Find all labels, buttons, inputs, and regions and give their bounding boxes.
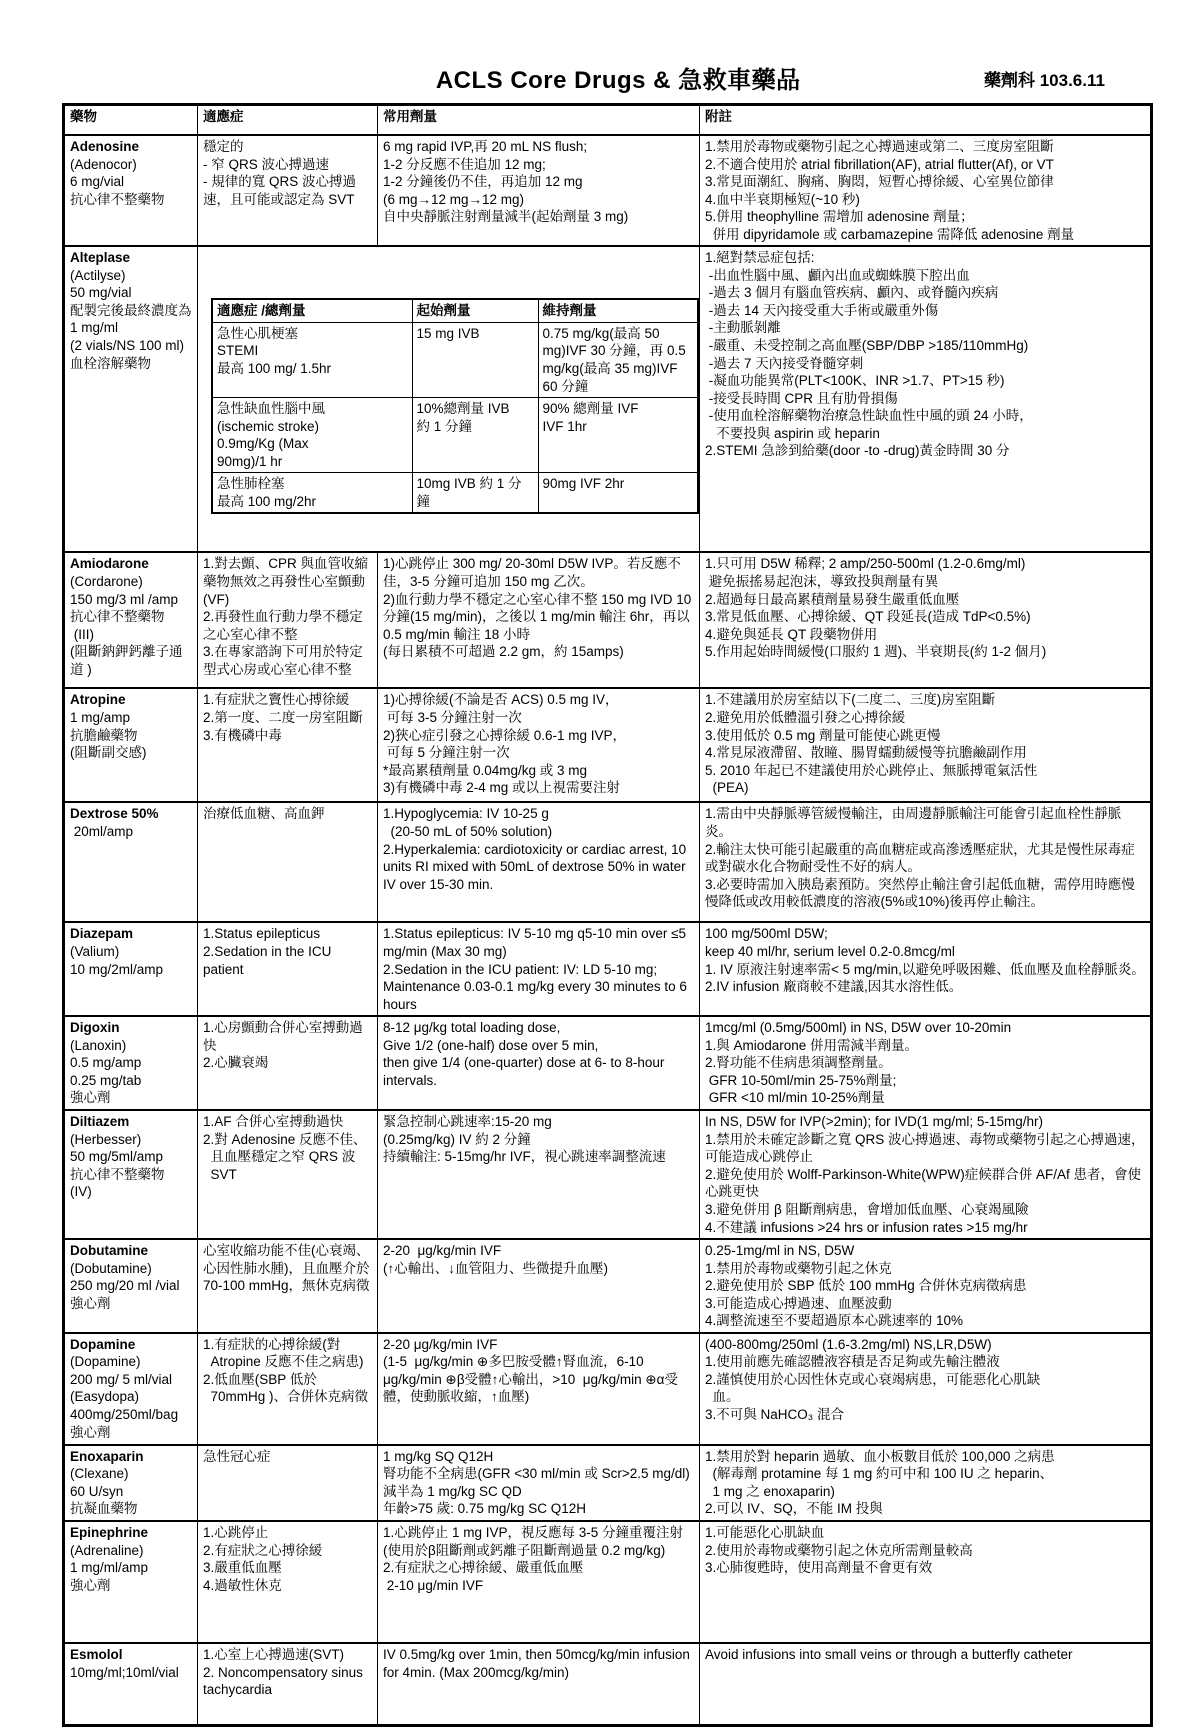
alteplase-sub-table: 適應症 /總劑量 起始劑量 維持劑量 急性心肌梗塞 STEMI 最高 100 m… [211,298,699,514]
drug-row-adenosine: Adenosine(Adenocor) 6 mg/vial 抗心律不整藥物 穩定… [64,135,1152,246]
indication-cell: 1.心房顫動合併心室搏動過快 2.心臟衰竭 [198,1016,378,1110]
drug-details: (Clexane) 60 U/syn 抗凝血藥物 [70,1465,192,1518]
drug-row-dopamine: Dopamine(Dopamine) 200 mg/ 5 ml/vial (Ea… [64,1333,1152,1445]
drug-cell: Dextrose 50% 20ml/amp [64,802,198,922]
drug-row-alteplase: Alteplase(Actilyse) 50 mg/vial 配製完後最終濃度為… [64,246,1152,552]
sub-cell: 10mg IVB 約 1 分鐘 [412,473,538,514]
drug-details: (Adrenaline) 1 mg/ml/amp 強心劑 [70,1542,192,1595]
sub-row-pe: 急性肺栓塞 最高 100 mg/2hr 10mg IVB 約 1 分鐘 90mg… [212,473,698,514]
drug-name: Epinephrine [70,1525,148,1540]
col-header-indication: 適應症 [198,105,378,136]
sub-cell: 急性缺血性腦中風 (ischemic stroke) 0.9mg/Kg (Max… [212,398,412,473]
indication-cell: 1.AF 合併心室搏動過快 2.對 Adenosine 反應不佳、 且血壓穩定之… [198,1110,378,1239]
drug-name: Dobutamine [70,1243,148,1258]
drug-cell: Adenosine(Adenocor) 6 mg/vial 抗心律不整藥物 [64,135,198,246]
drug-name: Digoxin [70,1020,120,1035]
dose-cell: 1 mg/kg SQ Q12H 腎功能不全病患(GFR <30 ml/min 或… [378,1445,700,1521]
drug-details: (Adenocor) 6 mg/vial 抗心律不整藥物 [70,156,192,209]
notes-cell: 1.禁用於對 heparin 過敏、血小板數目低於 100,000 之病患 (解… [700,1445,1152,1521]
drug-cell: Esmolol10mg/ml;10ml/vial [64,1643,198,1726]
indication-cell: 治療低血糖、高血鉀 [198,802,378,922]
dose-cell: 1.Status epilepticus: IV 5-10 mg q5-10 m… [378,922,700,1016]
sub-col-indication-total: 適應症 /總劑量 [212,299,412,322]
notes-cell: Avoid infusions into small veins or thro… [700,1643,1152,1726]
drug-name: Atropine [70,692,126,707]
indication-cell: 1.心室上心搏過速(SVT) 2. Noncompensatory sinus … [198,1643,378,1726]
drug-details: (Valium) 10 mg/2ml/amp [70,943,192,978]
drug-row-diltiazem: Diltiazem(Herbesser) 50 mg/5ml/amp 抗心律不整… [64,1110,1152,1239]
drug-details: 1 mg/amp 抗膽鹼藥物 (阻斷副交感) [70,709,192,762]
drug-details: (Actilyse) 50 mg/vial 配製完後最終濃度為 1 mg/ml … [70,267,192,372]
drug-details: (Dobutamine) 250 mg/20 ml /vial 強心劑 [70,1260,192,1313]
drug-row-diazepam: Diazepam(Valium) 10 mg/2ml/amp 1.Status … [64,922,1152,1016]
indication-cell: 1.對去顫、CPR 與血管收縮藥物無效之再發性心室顫動(VF) 2.再發性血行動… [198,552,378,688]
notes-cell: In NS, D5W for IVP(>2min); for IVD(1 mg/… [700,1110,1152,1239]
sub-cell: 90mg IVF 2hr [538,473,698,514]
notes-cell: 100 mg/500ml D5W; keep 40 ml/hr, serium … [700,922,1152,1016]
indication-cell: 1.有症狀的心搏徐緩(對 Atropine 反應不佳之病患) 2.低血壓(SBP… [198,1333,378,1445]
drug-name: Dopamine [70,1337,135,1352]
document-page: ACLS Core Drugs & 急救車藥品 藥劑科 103.6.11 藥物 … [0,0,1200,1696]
drug-cell: Alteplase(Actilyse) 50 mg/vial 配製完後最終濃度為… [64,246,198,552]
indication-cell: 1.心跳停止 2.有症狀之心搏徐緩 3.嚴重低血壓 4.過敏性休克 [198,1521,378,1643]
dose-cell: 1)心跳停止 300 mg/ 20-30ml D5W IVP。若反應不佳，3-5… [378,552,700,688]
drug-name: Amiodarone [70,556,149,571]
drug-row-epinephrine: Epinephrine(Adrenaline) 1 mg/ml/amp 強心劑 … [64,1521,1152,1643]
indication-cell: 急性冠心症 [198,1445,378,1521]
sub-header-row: 適應症 /總劑量 起始劑量 維持劑量 [212,299,698,322]
drug-name: Diltiazem [70,1114,129,1129]
drug-cell: Digoxin(Lanoxin) 0.5 mg/amp 0.25 mg/tab … [64,1016,198,1110]
dose-cell: 6 mg rapid IVP,再 20 mL NS flush; 1-2 分反應… [378,135,700,246]
dose-cell: 1)心搏徐緩(不論是否 ACS) 0.5 mg IV， 可每 3-5 分鐘注射一… [378,688,700,802]
drug-row-dextrose: Dextrose 50% 20ml/amp 治療低血糖、高血鉀 1.Hypogl… [64,802,1152,922]
drug-name: Alteplase [70,250,130,265]
drug-details: (Cordarone) 150 mg/3 ml /amp 抗心律不整藥物 (II… [70,573,192,678]
drug-row-enoxaparin: Enoxaparin(Clexane) 60 U/syn 抗凝血藥物 急性冠心症… [64,1445,1152,1521]
drug-cell: Dobutamine(Dobutamine) 250 mg/20 ml /via… [64,1239,198,1333]
drug-details: (Lanoxin) 0.5 mg/amp 0.25 mg/tab 強心劑 [70,1037,192,1107]
notes-cell: 1.不建議用於房室結以下(二度二、三度)房室阻斷 2.避免用於低體溫引發之心搏徐… [700,688,1152,802]
indication-cell: 1.有症狀之竇性心搏徐緩 2.第一度、二度一房室阻斷 3.有機磷中毒 [198,688,378,802]
notes-cell: 1mcg/ml (0.5mg/500ml) in NS, D5W over 10… [700,1016,1152,1110]
indication-cell: 穩定的 - 窄 QRS 波心搏過速 - 規律的寬 QRS 波心搏過速，且可能或認… [198,135,378,246]
dose-cell: 1.心跳停止 1 mg IVP，視反應每 3-5 分鐘重覆注射 (使用於β阻斷劑… [378,1521,700,1643]
drug-cell: Amiodarone(Cordarone) 150 mg/3 ml /amp 抗… [64,552,198,688]
drug-row-atropine: Atropine1 mg/amp 抗膽鹼藥物 (阻斷副交感) 1.有症狀之竇性心… [64,688,1152,802]
drug-details: 10mg/ml;10ml/vial [70,1664,192,1682]
dose-cell: IV 0.5mg/kg over 1min, then 50mcg/kg/min… [378,1643,700,1726]
sub-cell: 15 mg IVB [412,322,538,397]
drug-table: 藥物 適應症 常用劑量 附註 Adenosine(Adenocor) 6 mg/… [62,103,1153,1727]
col-header-drug: 藥物 [64,105,198,136]
indication-cell: 心室收縮功能不佳(心衰竭、心因性肺水腫)，且血壓介於 70-100 mmHg，無… [198,1239,378,1333]
drug-name: Enoxaparin [70,1449,144,1464]
drug-name: Esmolol [70,1647,123,1662]
dose-cell: 緊急控制心跳速率:15-20 mg (0.25mg/kg) IV 約 2 分鐘 … [378,1110,700,1239]
sub-cell: 急性肺栓塞 最高 100 mg/2hr [212,473,412,514]
notes-cell: 1.禁用於毒物或藥物引起之心搏過速或第二、三度房室阻斷 2.不適合使用於 atr… [700,135,1152,246]
sub-cell: 0.75 mg/kg(最高 50 mg)IVF 30 分鐘，再 0.5 mg/k… [538,322,698,397]
drug-details: 20ml/amp [70,823,192,841]
notes-cell: (400-800mg/250ml (1.6-3.2mg/ml) NS,LR,D5… [700,1333,1152,1445]
notes-cell: 0.25-1mg/ml in NS, D5W 1.禁用於毒物或藥物引起之休克 2… [700,1239,1152,1333]
dept-date: 藥劑科 103.6.11 [984,66,1105,91]
notes-cell: 1.需由中央靜脈導管緩慢輸注，由周邊靜脈輸注可能會引起血栓性靜脈炎。 2.輸注太… [700,802,1152,922]
notes-cell: 1.只可用 D5W 稀釋; 2 amp/250-500ml (1.2-0.6mg… [700,552,1152,688]
drug-cell: Atropine1 mg/amp 抗膽鹼藥物 (阻斷副交感) [64,688,198,802]
drug-row-esmolol: Esmolol10mg/ml;10ml/vial 1.心室上心搏過速(SVT) … [64,1643,1152,1726]
dose-cell: 8-12 μg/kg total loading dose, Give 1/2 … [378,1016,700,1110]
drug-cell: Dopamine(Dopamine) 200 mg/ 5 ml/vial (Ea… [64,1333,198,1445]
sub-cell: 急性心肌梗塞 STEMI 最高 100 mg/ 1.5hr [212,322,412,397]
table-header-row: 藥物 適應症 常用劑量 附註 [64,105,1152,136]
drug-row-digoxin: Digoxin(Lanoxin) 0.5 mg/amp 0.25 mg/tab … [64,1016,1152,1110]
dose-cell: 1.Hypoglycemia: IV 10-25 g (20-50 mL of … [378,802,700,922]
drug-name: Adenosine [70,139,139,154]
dose-cell: 2-20 μg/kg/min IVF (1-5 μg/kg/min ⊕多巴胺受體… [378,1333,700,1445]
indication-cell: 1.Status epilepticus 2.Sedation in the I… [198,922,378,1016]
drug-cell: Epinephrine(Adrenaline) 1 mg/ml/amp 強心劑 [64,1521,198,1643]
drug-cell: Enoxaparin(Clexane) 60 U/syn 抗凝血藥物 [64,1445,198,1521]
notes-cell: 1.可能惡化心肌缺血 2.使用於毒物或藥物引起之休克所需劑量較高 3.心肺復甦時… [700,1521,1152,1643]
col-header-notes: 附註 [700,105,1152,136]
col-header-dose: 常用劑量 [378,105,700,136]
drug-name: Diazepam [70,926,133,941]
sub-row-stroke: 急性缺血性腦中風 (ischemic stroke) 0.9mg/Kg (Max… [212,398,698,473]
sub-col-maintenance-dose: 維持劑量 [538,299,698,322]
alteplase-merged-cell: 適應症 /總劑量 起始劑量 維持劑量 急性心肌梗塞 STEMI 最高 100 m… [198,246,700,552]
sub-cell: 10%總劑量 IVB 約 1 分鐘 [412,398,538,473]
drug-name: Dextrose 50% [70,806,159,821]
page-title: ACLS Core Drugs & 急救車藥品 [436,60,801,95]
sub-row-stemi: 急性心肌梗塞 STEMI 最高 100 mg/ 1.5hr 15 mg IVB … [212,322,698,397]
dose-cell: 2-20 μg/kg/min IVF (↑心輸出、↓血管阻力、些微提升血壓) [378,1239,700,1333]
drug-details: (Herbesser) 50 mg/5ml/amp 抗心律不整藥物 (IV) [70,1131,192,1201]
sub-cell: 90% 總劑量 IVF IVF 1hr [538,398,698,473]
drug-row-dobutamine: Dobutamine(Dobutamine) 250 mg/20 ml /via… [64,1239,1152,1333]
sub-col-initial-dose: 起始劑量 [412,299,538,322]
drug-cell: Diazepam(Valium) 10 mg/2ml/amp [64,922,198,1016]
notes-cell: 1.絕對禁忌症包括: -出血性腦中風、顱內出血或蜘蛛膜下腔出血 -過去 3 個月… [700,246,1152,552]
drug-cell: Diltiazem(Herbesser) 50 mg/5ml/amp 抗心律不整… [64,1110,198,1239]
drug-details: (Dopamine) 200 mg/ 5 ml/vial (Easydopa) … [70,1353,192,1441]
drug-row-amiodarone: Amiodarone(Cordarone) 150 mg/3 ml /amp 抗… [64,552,1152,688]
